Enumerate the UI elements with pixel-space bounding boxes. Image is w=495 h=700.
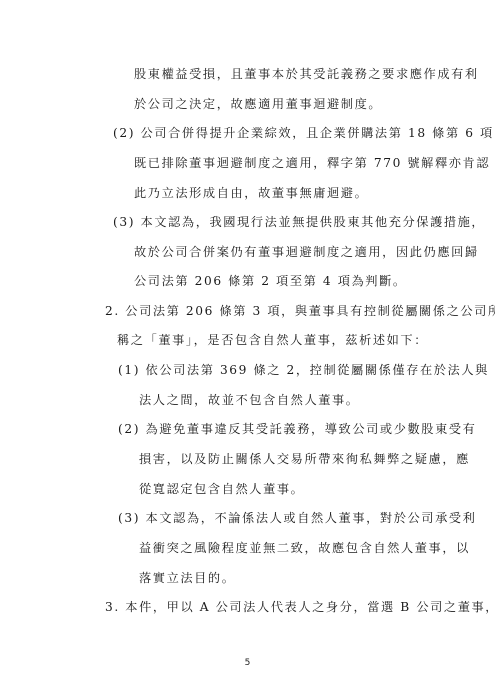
text-line: 故於公司合併案仍有董事迴避制度之適用，因此仍應回歸 [134, 244, 479, 260]
text-line: 從寬認定包含自然人董事。 [139, 481, 304, 497]
list-item-2-heading: (2) 公司合併得提升企業綜效，且企業併購法第 18 條第 6 項 [113, 125, 494, 141]
text-line: 此乃立法形成自由，故董事無庸迴避。 [134, 185, 368, 201]
text-line: 法人之間，故並不包含自然人董事。 [139, 392, 360, 408]
text-line: 稱之「董事」，是否包含自然人董事，茲析述如下： [117, 332, 428, 348]
text-line: 既已排除董事迴避制度之適用，釋字第 770 號解釋亦肯認 [134, 155, 490, 171]
section-3-heading: 3. 本件，甲以 A 公司法人代表人之身分，當選 B 公司之董事， [105, 599, 495, 615]
list-item-3-heading: (3) 本文認為，我國現行法並無提供股東其他充分保護措施， [113, 214, 485, 230]
text-line: 股東權益受損，且董事本於其受託義務之要求應作成有利 [134, 66, 479, 82]
page-number: 5 [0, 658, 495, 668]
document-page: 股東權益受損，且董事本於其受託義務之要求應作成有利 於公司之決定，故應適用董事迴… [0, 0, 495, 700]
section-2-heading: 2. 公司法第 206 條第 3 項，與董事具有控制從屬關係之公司所 [105, 303, 495, 319]
list-item-1-heading: (1) 依公司法第 369 條之 2，控制從屬關係僅存在於法人與 [118, 362, 489, 378]
text-line: 損害，以及防止關係人交易所帶來徇私舞弊之疑慮，應 [139, 451, 470, 467]
list-item-3-heading: (3) 本文認為，不論係法人或自然人董事，對於公司承受利 [118, 510, 476, 526]
text-line: 於公司之決定，故應適用董事迴避制度。 [134, 96, 382, 112]
text-line: 公司法第 206 條第 2 項至第 4 項為判斷。 [134, 273, 407, 289]
text-line: 益衝突之風險程度並無二致，故應包含自然人董事，以 [139, 540, 470, 556]
text-line: 落實立法目的。 [139, 570, 236, 586]
list-item-2-heading: (2) 為避免董事違反其受託義務，導致公司或少數股東受有 [118, 421, 476, 437]
